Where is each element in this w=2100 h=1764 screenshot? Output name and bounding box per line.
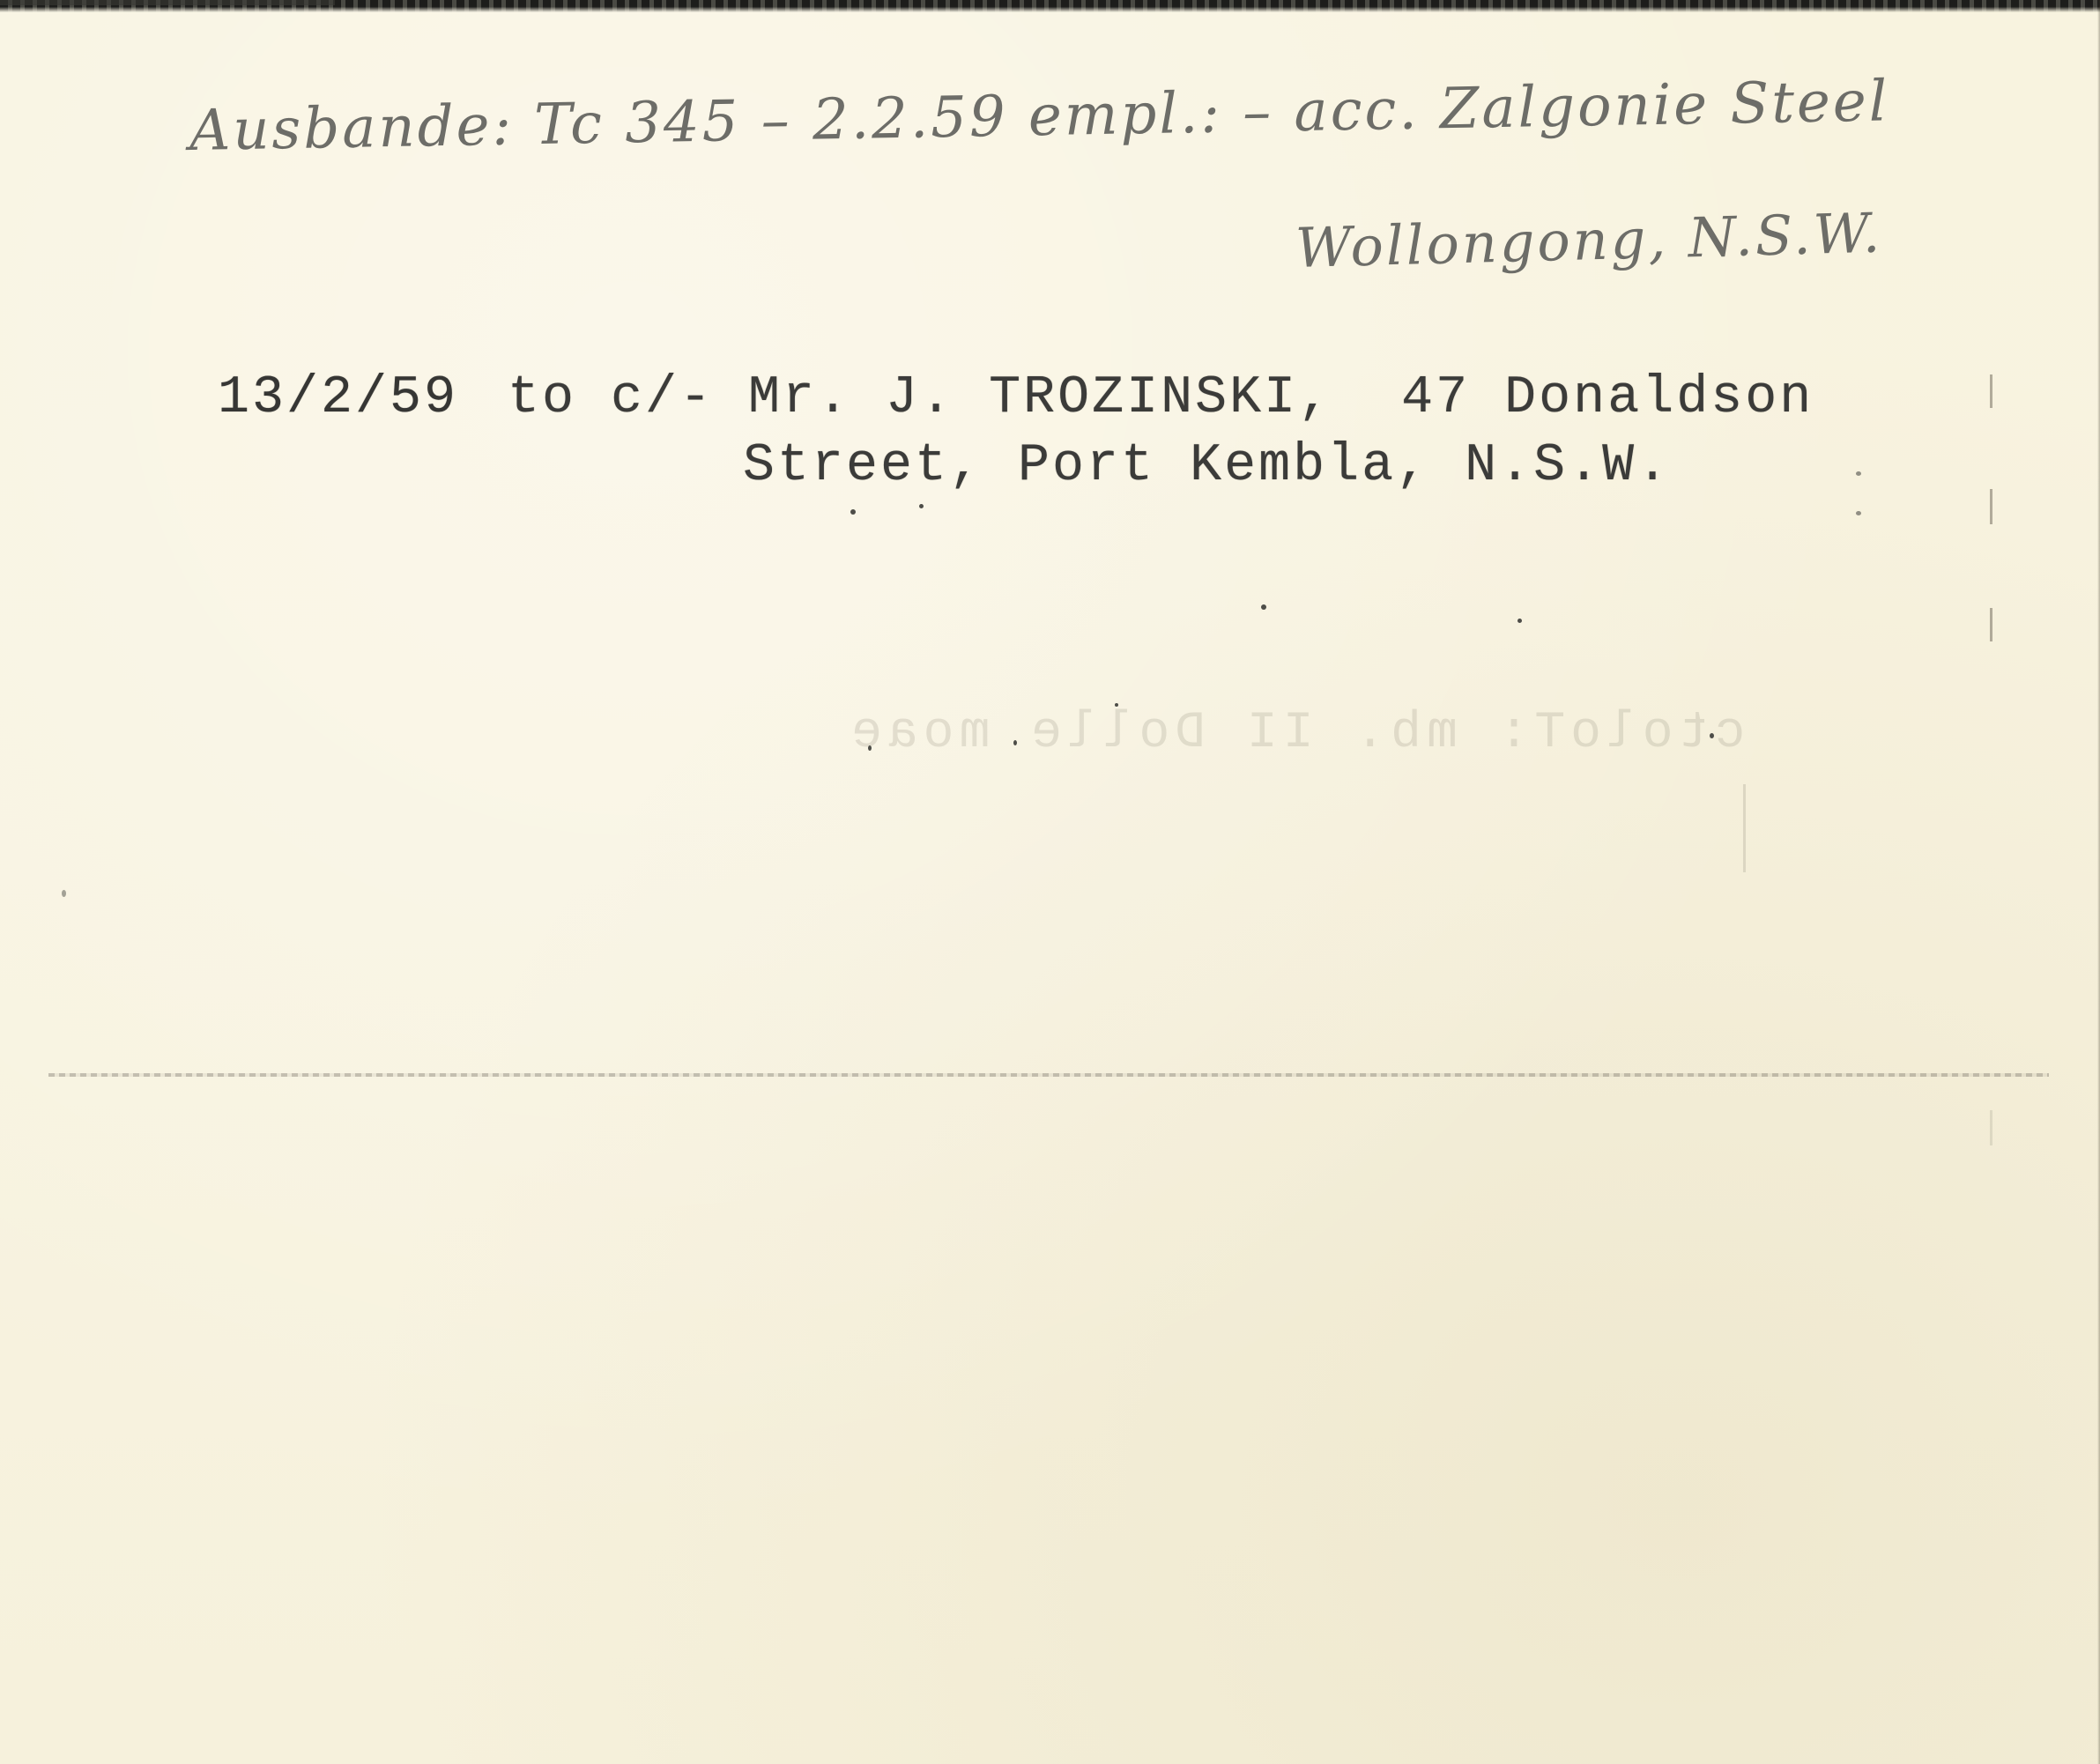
- ink-speck: [1517, 619, 1522, 623]
- typed-entry-line-1: to c/- Mr. J. TROZINSKI, 47 Donaldson: [508, 368, 1814, 428]
- ink-speck: [850, 509, 856, 515]
- ink-speck: [1856, 471, 1861, 476]
- ruled-line: [48, 1073, 2049, 1077]
- scan-top-edge-shadow: [0, 0, 335, 5]
- index-card: Ausbande: Tc 345 – 2.2.59 empl.: – acc. …: [0, 0, 2100, 1764]
- ink-speck: [1013, 740, 1017, 745]
- bleed-through-text: ctoloT: mb. II Dolle moae: [846, 705, 1745, 762]
- margin-mark: [1990, 374, 1992, 408]
- handwritten-note-line-1: Ausbande: Tc 345 – 2.2.59 empl.: – acc. …: [189, 69, 1889, 164]
- ink-speck: [1856, 511, 1861, 515]
- ink-speck: [1710, 733, 1714, 738]
- margin-mark: [1743, 784, 1746, 872]
- ink-speck: [868, 745, 872, 751]
- margin-mark: [1990, 1110, 1992, 1145]
- typed-entry-date: 13/2/59: [218, 368, 458, 428]
- handwritten-note-line-2: Wollongong, N.S.W.: [1295, 201, 1883, 280]
- ink-speck: [62, 890, 66, 897]
- ink-speck: [1261, 604, 1266, 610]
- margin-mark: [1990, 489, 1992, 524]
- typed-entry-line-2: Street, Port Kembla, N.S.W.: [743, 436, 1671, 496]
- margin-mark: [1990, 608, 1992, 641]
- ink-speck: [1115, 703, 1118, 707]
- ink-speck: [919, 504, 924, 508]
